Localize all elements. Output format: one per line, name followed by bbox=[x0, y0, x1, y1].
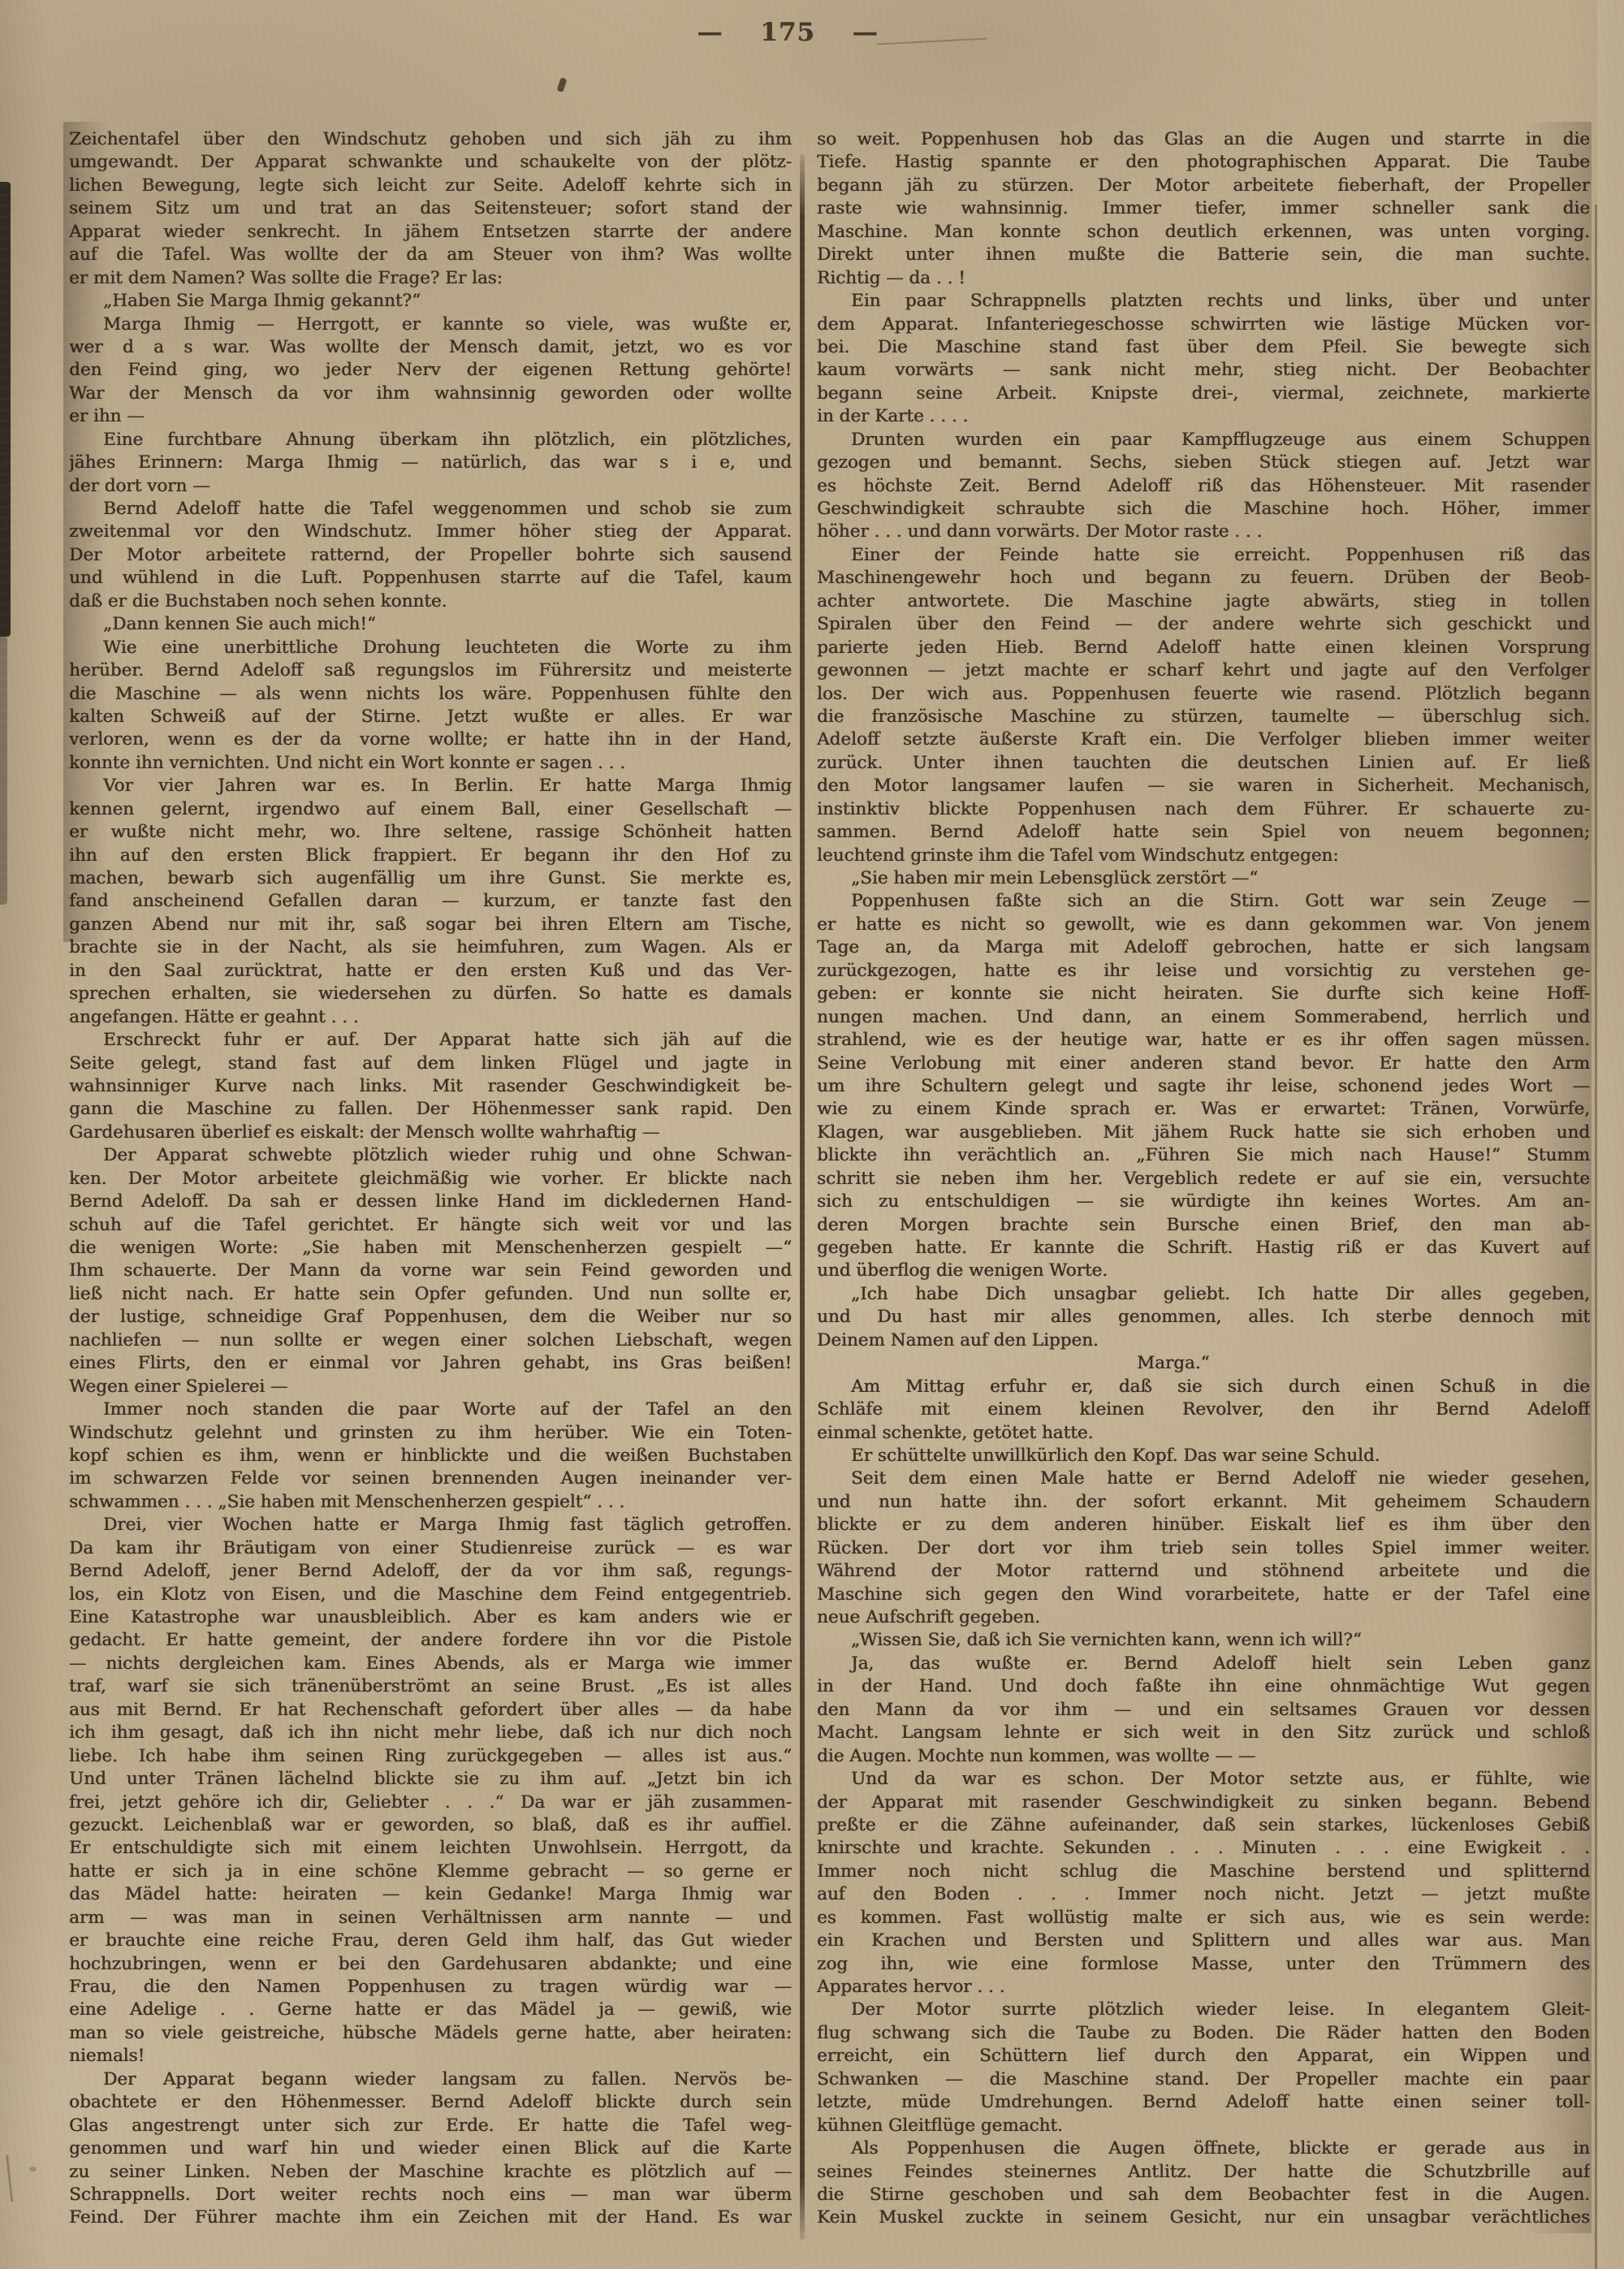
text-line: Geschwindigkeit schraubte sich die Masch… bbox=[817, 498, 1590, 521]
text-line: in der Hand. Und doch faßte ihn eine ohn… bbox=[817, 1675, 1590, 1698]
column-divider-rule bbox=[800, 154, 805, 2240]
text-line: er wußte nicht mehr, wo. Ihre seltene, r… bbox=[69, 821, 792, 844]
text-line: daß er die Buchstaben noch sehen konnte. bbox=[69, 590, 792, 613]
text-line: und nun hatte ihn. der sofort erkannt. M… bbox=[817, 1491, 1590, 1514]
text-line: im schwarzen Felde vor seinen brennenden… bbox=[69, 1467, 792, 1490]
text-line: Frau, die den Namen Poppenhusen zu trage… bbox=[69, 1976, 792, 1999]
text-line: das Mädel hatte: heiraten — kein Gedanke… bbox=[69, 1883, 792, 1906]
text-line: Bernd Adeloff. Da sah er dessen linke Ha… bbox=[69, 1191, 792, 1213]
text-line: Feind. Der Führer machte ihm ein Zeichen… bbox=[69, 2206, 792, 2229]
text-line: herüber. Bernd Adeloff saß regungslos im… bbox=[69, 659, 792, 682]
text-line: los. Der wich aus. Poppenhusen feuerte w… bbox=[817, 683, 1590, 706]
text-line: schuh auf die Tafel gerichtet. Er hängte… bbox=[69, 1214, 792, 1237]
text-line: der Apparat mit rasender Geschwindigkeit… bbox=[817, 1791, 1590, 1814]
text-line: Wie eine unerbittliche Drohung leuchtete… bbox=[69, 637, 792, 659]
text-line: Glas angestrengt unter sich zur Erde. Er… bbox=[69, 2115, 792, 2137]
text-line: man so viele geistreiche, hübsche Mädels… bbox=[69, 2022, 792, 2045]
text-line: jähes Erinnern: Marga Ihmig — natürlich,… bbox=[69, 452, 792, 474]
text-line: sprechen erhalten, sie wiedersehen zu dü… bbox=[69, 983, 792, 1005]
text-line: den Mann da vor ihm — und ein seltsames … bbox=[817, 1699, 1590, 1722]
text-line: hatte er sich ja in eine schöne Klemme g… bbox=[69, 1861, 792, 1883]
text-line: Maschinengewehr hoch und begann zu feuer… bbox=[817, 567, 1590, 590]
text-line: achter antwortete. Die Maschine jagte ab… bbox=[817, 590, 1590, 613]
text-line: Er entschuldigte sich mit einem leichten… bbox=[69, 1837, 792, 1860]
text-line: ken. Der Motor arbeitete gleichmäßig wie… bbox=[69, 1168, 792, 1191]
text-line: auf den Boden . . . Immer noch nicht. Je… bbox=[817, 1883, 1590, 1906]
text-line: Der Motor surrte plötzlich wieder leise.… bbox=[817, 1999, 1590, 2021]
text-line: Tiefe. Hastig spannte er den photographi… bbox=[817, 151, 1590, 174]
text-line: Deinem Namen auf den Lippen. bbox=[817, 1329, 1590, 1352]
text-line: liebe. Ich habe ihm seinen Ring zurückge… bbox=[69, 1745, 792, 1768]
left-text-column: Zeichentafel über den Windschutz gehoben… bbox=[69, 128, 792, 2230]
text-line: um ihre Schultern gelegt und sagte ihr l… bbox=[817, 1075, 1590, 1098]
text-line: Apparat wieder senkrecht. In jähem Entse… bbox=[69, 221, 792, 244]
text-line: los, ein Klotz von Eisen, und die Maschi… bbox=[69, 1584, 792, 1606]
text-line: deren Morgen brachte sein Bursche einen … bbox=[817, 1214, 1590, 1237]
text-line: Am Mittag erfuhr er, daß sie sich durch … bbox=[817, 1376, 1590, 1398]
text-line: flug schwang sich die Taube zu Boden. Di… bbox=[817, 2022, 1590, 2045]
text-line: ließ nicht nach. Er hatte sein Opfer gef… bbox=[69, 1283, 792, 1306]
text-line: gann die Maschine zu fallen. Der Höhenme… bbox=[69, 1098, 792, 1121]
text-line: Marga.“ bbox=[817, 1352, 1590, 1375]
text-line: Immer noch standen die paar Worte auf de… bbox=[69, 1398, 792, 1421]
text-line: Poppenhusen faßte sich an die Stirn. Got… bbox=[817, 890, 1590, 913]
text-line: schritt sie neben ihm her. Vergeblich re… bbox=[817, 1168, 1590, 1191]
text-line: er brauchte eine reiche Frau, deren Geld… bbox=[69, 1930, 792, 1952]
text-line: Tage an, da Marga mit Adeloff gebrochen,… bbox=[817, 936, 1590, 959]
text-line: obachtete er den Höhenmesser. Bernd Adel… bbox=[69, 2091, 792, 2114]
text-line: auf die Tafel. Was wollte der da am Steu… bbox=[69, 244, 792, 266]
text-line: Immer noch nicht schlug die Maschine ber… bbox=[817, 1861, 1590, 1883]
text-line: ein Krachen und Bersten und Splittern un… bbox=[817, 1930, 1590, 1952]
text-line: parierte jeden Hieb. Bernd Adeloff hatte… bbox=[817, 637, 1590, 659]
text-line: Bernd Adeloff, jener Bernd Adeloff, der … bbox=[69, 1560, 792, 1583]
text-line: Als Poppenhusen die Augen öffnete, blick… bbox=[817, 2137, 1590, 2160]
right-page-edge-line bbox=[1595, 205, 1597, 2269]
text-line: angefangen. Hätte er geahnt . . . bbox=[69, 1006, 792, 1029]
text-line: es höchste Zeit. Bernd Adeloff riß das H… bbox=[817, 475, 1590, 498]
text-line: arm — was man in seinen Verhältnissen ar… bbox=[69, 1907, 792, 1930]
text-line: den Feind ging, wo jeder Nerv der eigene… bbox=[69, 359, 792, 382]
text-line: dem Apparat. Infanteriegeschosse schwirr… bbox=[817, 313, 1590, 336]
text-line: Maschine sich gegen den Wind vorarbeitet… bbox=[817, 1584, 1590, 1606]
text-line: hochzubringen, wenn er bei den Gardehusa… bbox=[69, 1953, 792, 1976]
text-line: verloren, wenn es der da vorne wollte; e… bbox=[69, 728, 792, 751]
text-line: War der Mensch da vor ihm wahnsinnig gew… bbox=[69, 382, 792, 405]
text-line: blickte er zu dem anderen hinüber. Eiska… bbox=[817, 1514, 1590, 1536]
text-line: gewonnen — jetzt machte er scharf kehrt … bbox=[817, 659, 1590, 682]
text-line: die wenigen Worte: „Sie haben mit Mensch… bbox=[69, 1237, 792, 1260]
text-line: es kommen. Fast wollüstig malte er sich … bbox=[817, 1907, 1590, 1930]
text-line: Der Apparat schwebte plötzlich wieder ru… bbox=[69, 1144, 792, 1167]
text-line: kopf schien es ihm, wenn er hinblickte u… bbox=[69, 1445, 792, 1467]
text-line: fand anscheinend Gefallen daran — kurzum… bbox=[69, 890, 792, 913]
text-line: wie zu einem Kinde sprach er. Was er erw… bbox=[817, 1098, 1590, 1121]
text-line: Ihm schauerte. Der Mann da vorne war sei… bbox=[69, 1260, 792, 1282]
text-line: die französische Maschine zu stürzen, ta… bbox=[817, 706, 1590, 728]
text-line: eine Adelige . . Gerne hatte er das Mäde… bbox=[69, 1999, 792, 2021]
text-line: traf, warf sie sich tränenüberströmt an … bbox=[69, 1675, 792, 1698]
text-line: „Wissen Sie, daß ich Sie vernichten kann… bbox=[817, 1629, 1590, 1652]
text-line: eines Flirts, den er einmal vor Jahren g… bbox=[69, 1352, 792, 1375]
text-line: gezogen und bemannt. Sechs, sieben Stück… bbox=[817, 452, 1590, 474]
text-line: die Maschine — als wenn nichts los wäre.… bbox=[69, 683, 792, 706]
text-line: brachte sie in der Nacht, als sie heimfu… bbox=[69, 936, 792, 959]
text-line: und überflog die wenigen Worte. bbox=[817, 1260, 1590, 1282]
text-line: Kein Muskel zuckte in seinem Gesicht, nu… bbox=[817, 2206, 1590, 2229]
text-line: Klagen, war ausgeblieben. Mit jähem Ruck… bbox=[817, 1122, 1590, 1144]
text-line: er hatte es nicht so gewollt, wie es dan… bbox=[817, 914, 1590, 936]
text-line: er mit dem Namen? Was sollte die Frage? … bbox=[69, 267, 792, 290]
text-line: Adeloff setzte äußerste Kraft ein. Die V… bbox=[817, 728, 1590, 751]
text-line: Wegen einer Spielerei — bbox=[69, 1376, 792, 1398]
text-line: Eine furchtbare Ahnung überkam ihn plötz… bbox=[69, 429, 792, 452]
text-line: nungen machen. Und dann, an einem Sommer… bbox=[817, 1006, 1590, 1029]
text-line: nachliefen — nun sollte er wegen einer s… bbox=[69, 1329, 792, 1352]
text-line: umgewandt. Der Apparat schwankte und sch… bbox=[69, 151, 792, 174]
text-line: wahnsinniger Kurve nach links. Mit rasen… bbox=[69, 1075, 792, 1098]
text-line: Vor vier Jahren war es. In Berlin. Er ha… bbox=[69, 775, 792, 797]
scan-artifact-pencil-mark bbox=[6, 2153, 34, 2202]
text-line: ihn auf den ersten Blick frappiert. Er b… bbox=[69, 845, 792, 867]
text-line: Und unter Tränen lächelnd blickte sie zu… bbox=[69, 1768, 792, 1791]
text-line: Apparates hervor . . . bbox=[817, 1976, 1590, 1999]
text-line: kühnen Gleitflüge gemacht. bbox=[817, 2115, 1590, 2137]
text-line: Maschine. Man konnte schon deutlich erke… bbox=[817, 221, 1590, 244]
text-line: die Augen. Mochte nun kommen, was wollte… bbox=[817, 1745, 1590, 1768]
text-line: Schläfe mit einem kleinen Revolver, den … bbox=[817, 1398, 1590, 1421]
text-line: „Haben Sie Marga Ihmig gekannt?“ bbox=[69, 290, 792, 313]
text-line: Zeichentafel über den Windschutz gehoben… bbox=[69, 128, 792, 151]
text-line: seines Feindes steinernes Antlitz. Der h… bbox=[817, 2161, 1590, 2184]
text-line: niemals! bbox=[69, 2045, 792, 2068]
text-line: frei, jetzt gehöre ich dir, Geliebter . … bbox=[69, 1791, 792, 1814]
text-line: Bernd Adeloff hatte die Tafel weggenomme… bbox=[69, 498, 792, 521]
text-line: neue Aufschrift gegeben. bbox=[817, 1606, 1590, 1629]
text-line: gedacht. Er hatte gemeint, der andere fo… bbox=[69, 1629, 792, 1652]
text-line: Marga Ihmig — Herrgott, er kannte so vie… bbox=[69, 313, 792, 336]
text-line: ich ihm gesagt, daß ich ihn nicht mehr l… bbox=[69, 1722, 792, 1744]
text-line: er ihn — bbox=[69, 405, 792, 428]
text-line: machen, bewarb sich augenfällig um ihre … bbox=[69, 867, 792, 890]
text-line: preßte er die Zähne aufeinander, daß sei… bbox=[817, 1814, 1590, 1837]
text-line: kalten Schweiß auf der Stirne. Jetzt wuß… bbox=[69, 706, 792, 728]
text-line: — nichts dergleichen kam. Eines Abends, … bbox=[69, 1653, 792, 1675]
text-line: Drei, vier Wochen hatte er Marga Ihmig f… bbox=[69, 1514, 792, 1536]
text-line: leuchtend grinste ihm die Tafel vom Wind… bbox=[817, 845, 1590, 867]
text-line: so weit. Poppenhusen hob das Glas an die… bbox=[817, 128, 1590, 151]
text-line: Direkt unter ihnen mußte die Batterie se… bbox=[817, 244, 1590, 266]
text-line: strahlend, wie es der heutige war, hatte… bbox=[817, 1029, 1590, 1052]
page-number: — 175 — bbox=[0, 18, 1575, 47]
scanned-book-page: — 175 — Zeichentafel über den Windschutz… bbox=[0, 0, 1624, 2269]
text-line: Der Apparat begann wieder langsam zu fal… bbox=[69, 2068, 792, 2091]
text-line: einmal schenkte, getötet hatte. bbox=[817, 1422, 1590, 1445]
text-line: sammen. Bernd Adeloff hatte sein Spiel v… bbox=[817, 821, 1590, 844]
right-page-edge-paper bbox=[1597, 0, 1624, 2269]
text-line: Spiralen über den Feind — der andere weh… bbox=[817, 613, 1590, 636]
text-line: der lustige, schneidige Graf Poppenhusen… bbox=[69, 1306, 792, 1329]
text-line: Erschreckt fuhr er auf. Der Apparat hatt… bbox=[69, 1029, 792, 1052]
text-line: Einer der Feinde hatte sie erreicht. Pop… bbox=[817, 544, 1590, 567]
text-line: Macht. Langsam lehnte er sich weit in de… bbox=[817, 1722, 1590, 1744]
text-line: bei. Die Maschine stand fast über dem Pf… bbox=[817, 336, 1590, 359]
text-line: zog ihn, wie eine formlose Masse, unter … bbox=[817, 1953, 1590, 1976]
text-line: in den Saal zurücktrat, hatte er den ers… bbox=[69, 960, 792, 983]
text-line: zurück. Unter ihnen tauchten die deutsch… bbox=[817, 752, 1590, 775]
text-line: gezuckt. Leichenblaß war er geworden, so… bbox=[69, 1814, 792, 1837]
text-line: Schwanken — die Maschine stand. Der Prop… bbox=[817, 2068, 1590, 2091]
text-line: letzte, müde Umdrehungen. Bernd Adeloff … bbox=[817, 2091, 1590, 2114]
text-line: ganzen Abend nur mit ihr, saß sogar bei … bbox=[69, 914, 792, 936]
text-line: der dort vorn — bbox=[69, 475, 792, 498]
text-line: aus mit Bernd. Er hat Rechenschaft gefor… bbox=[69, 1699, 792, 1722]
text-line: Ein paar Schrappnells platzten rechts un… bbox=[817, 290, 1590, 313]
scan-artifact-ink-speck bbox=[557, 77, 568, 93]
text-line: begann seine Arbeit. Knipste drei-, vier… bbox=[817, 382, 1590, 405]
text-line: Rücken. Der dort vor ihm trieb sein toll… bbox=[817, 1537, 1590, 1560]
text-line: begann jäh zu stürzen. Der Motor arbeite… bbox=[817, 175, 1590, 197]
text-line: den Motor langsamer laufen — sie waren i… bbox=[817, 775, 1590, 797]
text-line: instinktiv blickte Poppenhusen nach dem … bbox=[817, 798, 1590, 821]
text-line: „Dann kennen Sie auch mich!“ bbox=[69, 613, 792, 636]
scan-artifact-pencil-dot bbox=[29, 2167, 37, 2172]
right-text-column: so weit. Poppenhusen hob das Glas an die… bbox=[817, 128, 1590, 2230]
text-line: blickte ihn verächtlich an. „Führen Sie … bbox=[817, 1144, 1590, 1167]
text-line: wer d a s war. Was wollte der Mensch dam… bbox=[69, 336, 792, 359]
text-line: seinem Sitz um und trat an das Seitenste… bbox=[69, 197, 792, 220]
text-line: Ja, das wußte er. Bernd Adeloff hielt se… bbox=[817, 1653, 1590, 1675]
text-line: Während der Motor ratternd und stöhnend … bbox=[817, 1560, 1590, 1583]
text-line: schwammen . . . „Sie haben mit Menschenh… bbox=[69, 1491, 792, 1514]
text-line: zu seiner Linken. Neben der Maschine kra… bbox=[69, 2161, 792, 2184]
text-line: Windschutz gelehnt und grinsten zu ihm h… bbox=[69, 1422, 792, 1445]
text-line: genommen und warf hin und wieder einen B… bbox=[69, 2137, 792, 2160]
text-line: Seite gelegt, stand fast auf dem linken … bbox=[69, 1052, 792, 1075]
text-line: und Du hast mir alles genommen, alles. I… bbox=[817, 1306, 1590, 1329]
text-line: kaum vorwärts — sank nicht mehr, stieg n… bbox=[817, 359, 1590, 382]
text-line: konnte ihn vernichten. Und nicht ein Wor… bbox=[69, 752, 792, 775]
text-line: Richtig — da . . ! bbox=[817, 267, 1590, 290]
text-line: die Stirne geschoben und sah dem Beobach… bbox=[817, 2184, 1590, 2206]
text-line: zweitenmal vor den Windschutz. Immer höh… bbox=[69, 521, 792, 543]
text-line: Drunten wurden ein paar Kampfflugzeuge a… bbox=[817, 429, 1590, 452]
text-line: kennen gelernt, irgendwo auf einem Ball,… bbox=[69, 798, 792, 821]
text-line: in der Karte . . . . bbox=[817, 405, 1590, 428]
scan-artifact-left-band bbox=[0, 182, 11, 637]
text-line: Der Motor arbeitete ratternd, der Propel… bbox=[69, 544, 792, 567]
text-line: Da kam ihr Bräutigam von einer Studienre… bbox=[69, 1537, 792, 1560]
text-line: zurückgezogen, hatte es ihr leise und vo… bbox=[817, 960, 1590, 983]
text-line: gegeben hatte. Er kannte die Schrift. Ha… bbox=[817, 1237, 1590, 1260]
text-line: Und da war es schon. Der Motor setzte au… bbox=[817, 1768, 1590, 1791]
text-line: lichen Bewegung, legte sich leicht zur S… bbox=[69, 175, 792, 197]
text-line: höher . . . und dann vorwärts. Der Motor… bbox=[817, 521, 1590, 543]
text-line: „Sie haben mir mein Lebensglück zerstört… bbox=[817, 867, 1590, 890]
text-line: Seit dem einen Male hatte er Bernd Adelo… bbox=[817, 1467, 1590, 1490]
text-line: erreicht, ein Schüttern lief durch den A… bbox=[817, 2045, 1590, 2068]
text-line: raste wie wahnsinnig. Immer tiefer, imme… bbox=[817, 197, 1590, 220]
scan-artifact-left-band-faint bbox=[0, 637, 7, 905]
text-line: Schrappnells. Dort weiter rechts noch ei… bbox=[69, 2184, 792, 2206]
text-line: geben: er konnte sie nicht heiraten. Sie… bbox=[817, 983, 1590, 1005]
text-line: sich zu entschuldigen — sie würdigte ihn… bbox=[817, 1191, 1590, 1213]
text-line: knirschte und krachte. Sekunden . . . Mi… bbox=[817, 1837, 1590, 1860]
text-line: Seine Verlobung mit einer anderen stand … bbox=[817, 1052, 1590, 1075]
text-line: Er schüttelte unwillkürlich den Kopf. Da… bbox=[817, 1445, 1590, 1467]
text-line: Eine Katastrophe war unausbleiblich. Abe… bbox=[69, 1606, 792, 1629]
text-line: und wühlend in die Luft. Poppenhusen sta… bbox=[69, 567, 792, 590]
text-line: „Ich habe Dich unsagbar geliebt. Ich hat… bbox=[817, 1283, 1590, 1306]
text-line: Gardehusaren überlief es eiskalt: der Me… bbox=[69, 1122, 792, 1144]
